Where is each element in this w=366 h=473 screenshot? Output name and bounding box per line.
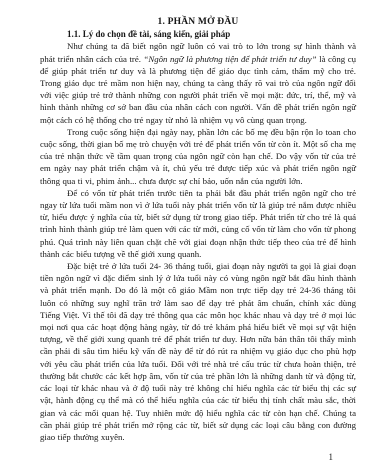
paragraph-1: Như chúng ta đã biết ngôn ngữ luôn có va… bbox=[40, 40, 356, 125]
section-heading: 1.1. Lý do chọn đề tài, sáng kiến, giải … bbox=[40, 28, 356, 40]
document-page: 1. PHẦN MỞ ĐẦU 1.1. Lý do chọn đề tài, s… bbox=[0, 0, 366, 473]
paragraph-4: Đặc biệt trẻ ở lứa tuổi 24- 36 tháng tuổ… bbox=[40, 260, 356, 443]
paragraph-1-text-cont: là công cụ để giúp phát triển tư duy và … bbox=[40, 54, 356, 125]
paragraph-1-quote: “Ngôn ngữ là phương tiện để phát triển t… bbox=[144, 54, 317, 64]
document-title: 1. PHẦN MỞ ĐẦU bbox=[40, 16, 356, 28]
paragraph-2: Trong cuộc sống hiện đại ngày nay, phần … bbox=[40, 126, 356, 187]
paragraph-3: Để có vốn từ phát triển trước tiên ta ph… bbox=[40, 187, 356, 260]
page-number: 1 bbox=[329, 452, 334, 462]
